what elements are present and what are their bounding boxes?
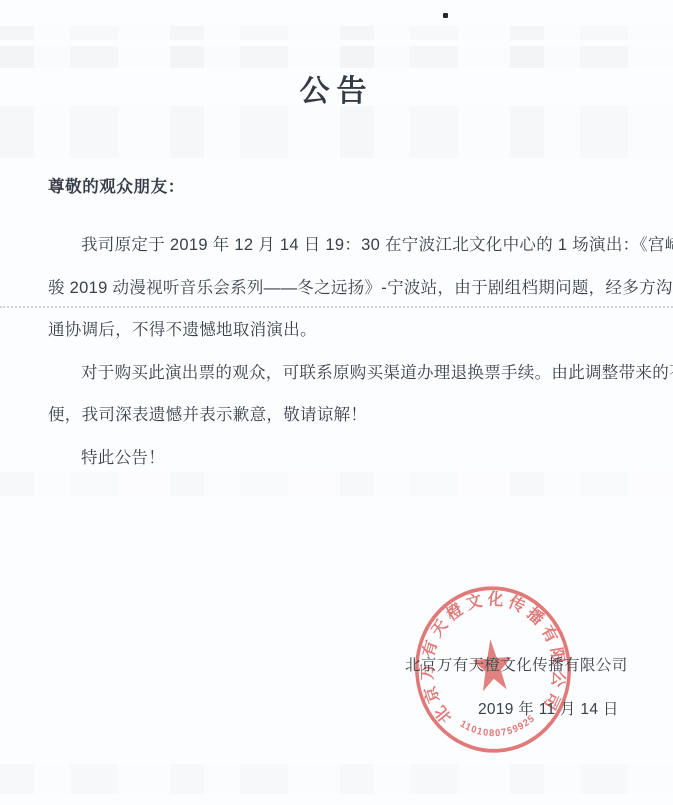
salutation: 尊敬的观众朋友： xyxy=(48,173,185,197)
body-line: 骏 2019 动漫视听音乐会系列——冬之远扬》-宁波站，由于剧组档期问题，经多方… xyxy=(48,267,628,310)
body-line: 对于购买此演出票的观众，可联系原购买渠道办理退换票手续。由此调整带来的不 xyxy=(48,352,628,395)
body-line: 通协调后，不得不遗憾地取消演出。 xyxy=(48,309,628,352)
scan-streak xyxy=(0,26,673,40)
body-line: 便，我司深表遗憾并表示歉意，敬请谅解！ xyxy=(48,394,628,437)
scan-streak xyxy=(0,46,673,68)
body-line: 特此公告！ xyxy=(48,437,628,480)
document-title: 公告 xyxy=(0,66,673,110)
announcement-document: 公告 尊敬的观众朋友： 我司原定于 2019 年 12 月 14 日 19：30… xyxy=(0,0,673,805)
signature-date: 2019 年 11 月 14 日 xyxy=(478,697,619,719)
scan-streak xyxy=(0,106,673,158)
signature-company: 北京万有天橙文化传播有限公司 xyxy=(405,653,628,675)
scan-streak xyxy=(0,764,673,794)
document-body: 我司原定于 2019 年 12 月 14 日 19：30 在宁波江北文化中心的 … xyxy=(48,224,628,479)
body-line: 我司原定于 2019 年 12 月 14 日 19：30 在宁波江北文化中心的 … xyxy=(48,224,628,267)
scan-speck xyxy=(443,13,448,18)
